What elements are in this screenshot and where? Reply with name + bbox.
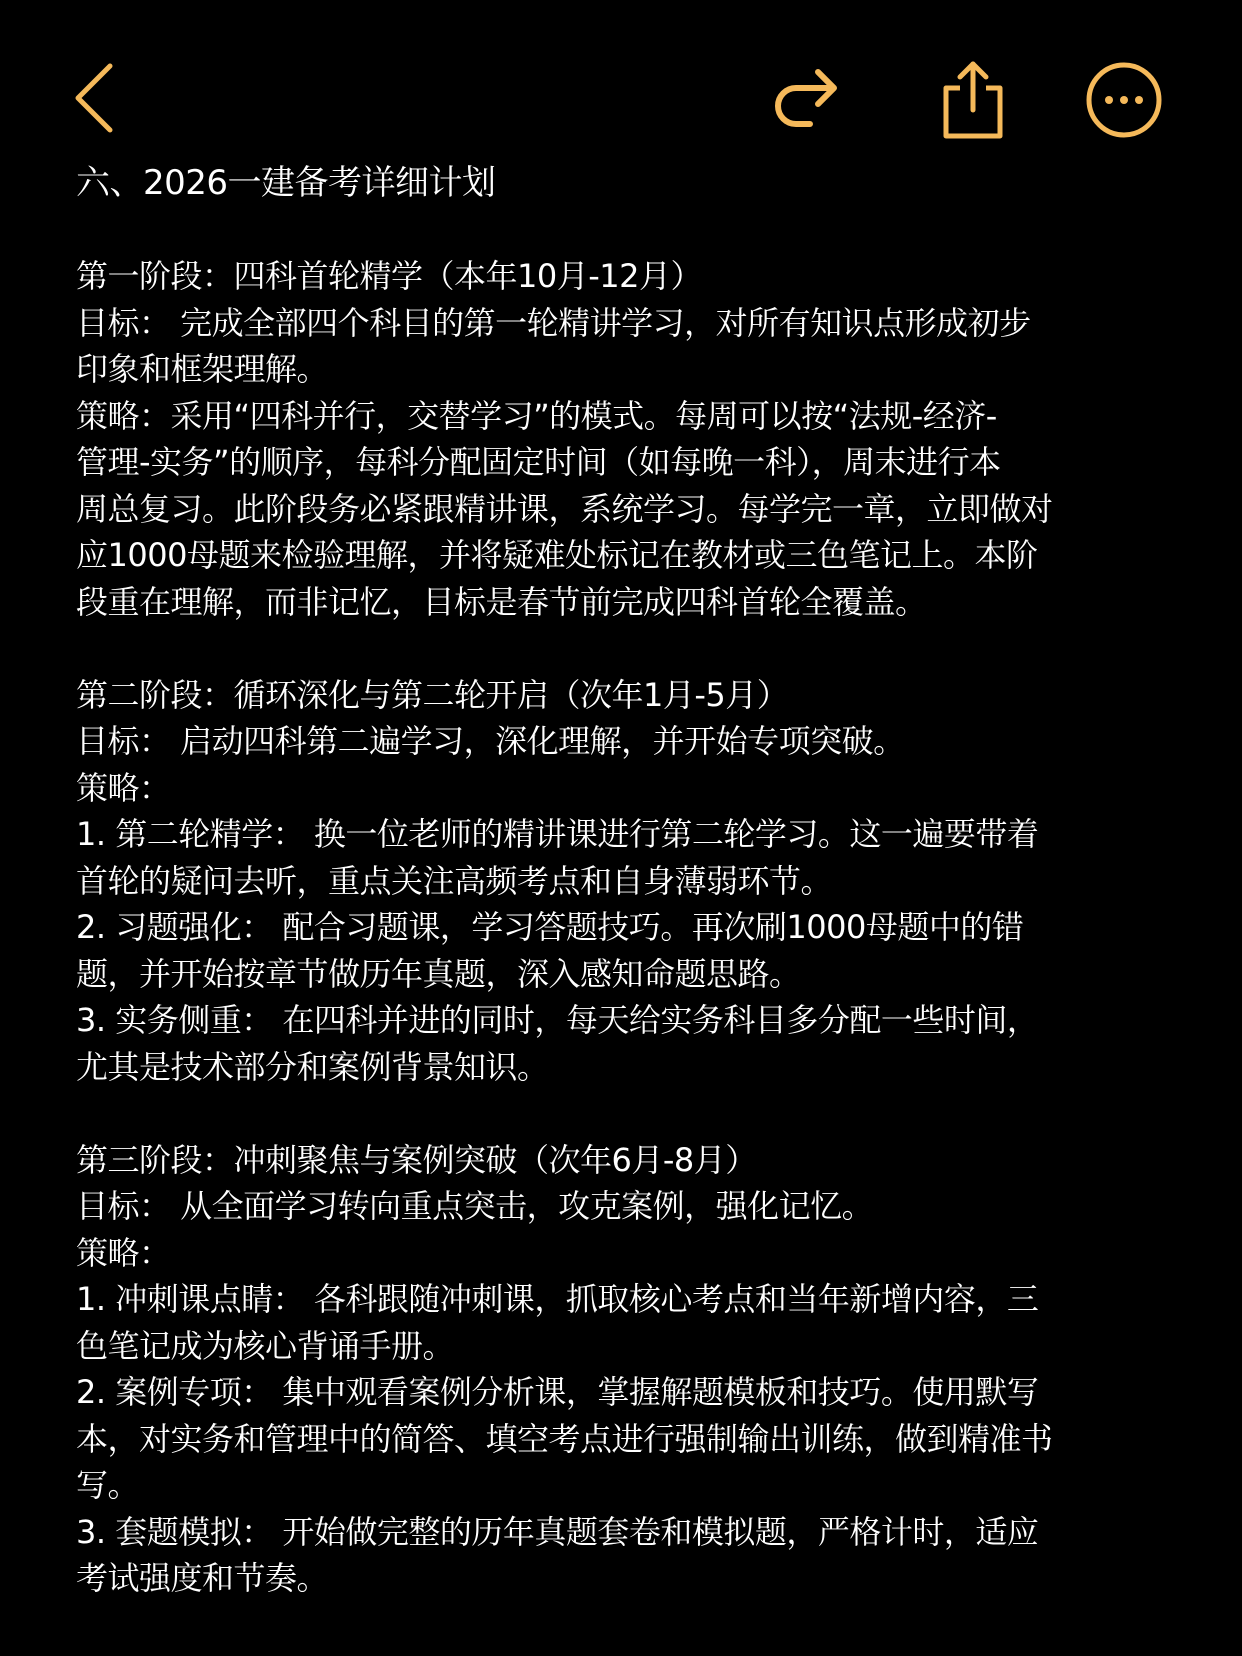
text-line: 1. 冲刺课点睛： 各科跟随冲刺课，抓取核心考点和当年新增内容，三 [76,1276,1206,1323]
text-line: 2. 习题强化： 配合习题课，学习答题技巧。再次刷1000母题中的错 [76,904,1206,951]
text-line: 1. 第二轮精学： 换一位老师的精讲课进行第二轮学习。这一遍要带着 [76,811,1206,858]
text-line: 本，对实务和管理中的简答、填空考点进行强制输出训练，做到精准书 [76,1416,1206,1463]
text-line: 首轮的疑问去听，重点关注高频考点和自身薄弱环节。 [76,858,1206,905]
text-line: 写。 [76,1462,1206,1509]
text-line: 目标： 从全面学习转向重点突击，攻克案例，强化记忆。 [76,1183,1206,1230]
text-line: 色笔记成为核心背诵手册。 [76,1323,1206,1370]
text-line: 目标： 完成全部四个科目的第一轮精讲学习，对所有知识点形成初步 [76,300,1206,347]
more-button[interactable] [1084,60,1164,140]
chevron-left-icon [68,58,128,138]
text-line: 策略： [76,1230,1206,1277]
redo-button[interactable] [770,62,842,136]
text-line: 3. 实务侧重： 在四科并进的同时，每天给实务科目多分配一些时间， [76,997,1206,1044]
section-heading: 第一阶段：四科首轮精学（本年10月-12月） [76,253,1206,300]
text-line: 管理-实务”的顺序，每科分配固定时间（如每晚一科），周末进行本 [76,439,1206,486]
share-button[interactable] [938,58,1008,142]
text-line: 尤其是技术部分和案例背景知识。 [76,1044,1206,1091]
text-line: 策略： [76,765,1206,812]
text-line: 应1000母题来检验理解，并将疑难处标记在教材或三色笔记上。本阶 [76,532,1206,579]
note-toolbar [0,0,1242,150]
blank-line [76,625,1206,672]
text-line: 考试强度和节奏。 [76,1555,1206,1602]
text-line: 3. 套题模拟： 开始做完整的历年真题套卷和模拟题，严格计时，适应 [76,1509,1206,1556]
section-heading: 第三阶段：冲刺聚焦与案例突破（次年6月-8月） [76,1137,1206,1184]
back-button[interactable] [68,58,128,138]
more-icon [1084,60,1164,140]
blank-line [76,1090,1206,1137]
redo-icon [770,62,842,136]
note-title: 六、2026一建备考详细计划 [76,160,1206,207]
text-line: 策略：采用“四科并行，交替学习”的模式。每周可以按“法规-经济- [76,393,1206,440]
text-line: 周总复习。此阶段务必紧跟精讲课，系统学习。每学完一章，立即做对 [76,486,1206,533]
note-body[interactable]: 六、2026一建备考详细计划 第一阶段：四科首轮精学（本年10月-12月） 目标… [76,160,1206,1602]
text-line: 印象和框架理解。 [76,346,1206,393]
text-line: 目标： 启动四科第二遍学习，深化理解，并开始专项突破。 [76,718,1206,765]
section-heading: 第二阶段：循环深化与第二轮开启（次年1月-5月） [76,672,1206,719]
text-line: 题，并开始按章节做历年真题，深入感知命题思路。 [76,951,1206,998]
share-icon [938,58,1008,142]
text-line: 2. 案例专项： 集中观看案例分析课，掌握解题模板和技巧。使用默写 [76,1369,1206,1416]
text-line: 段重在理解，而非记忆，目标是春节前完成四科首轮全覆盖。 [76,579,1206,626]
blank-line [76,207,1206,254]
